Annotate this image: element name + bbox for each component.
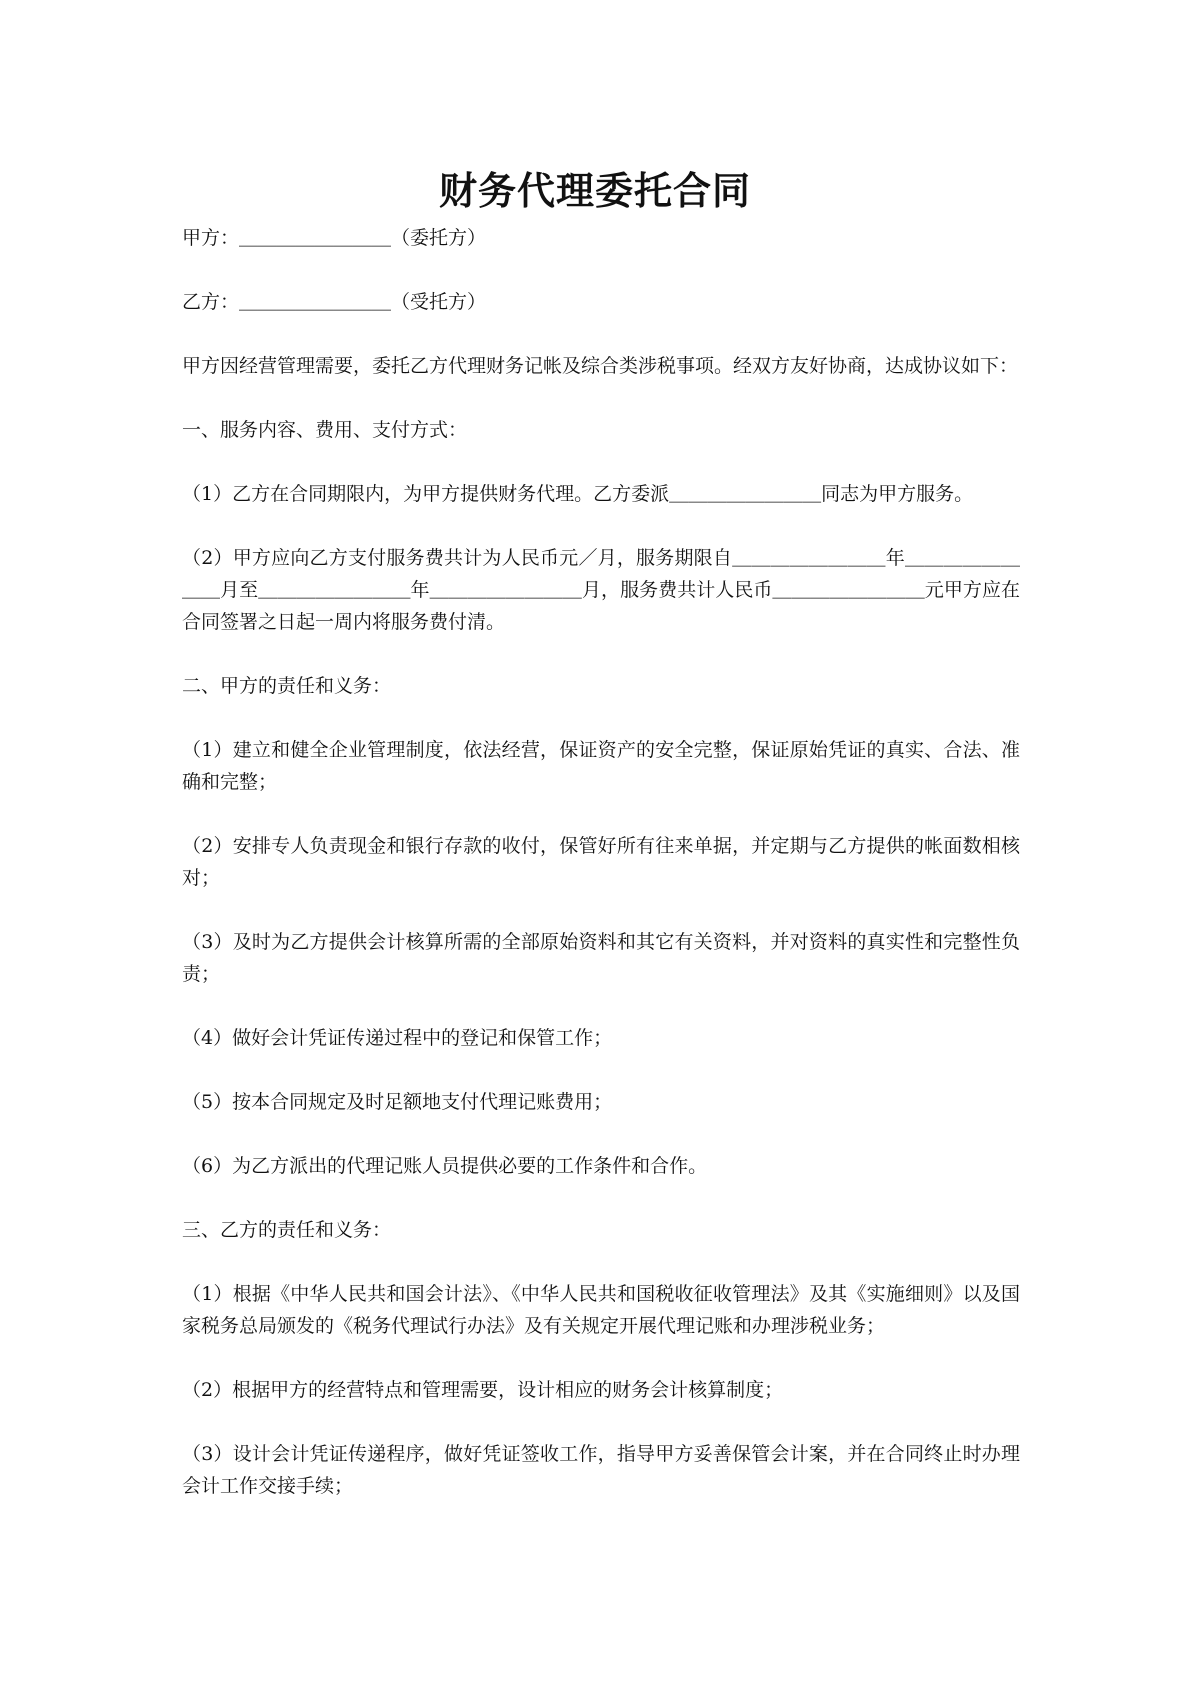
section-2-item-1: （1）建立和健全企业管理制度，依法经营，保证资产的安全完整，保证原始凭证的真实、… — [182, 734, 1020, 798]
section-2-item-5: （5）按本合同规定及时足额地支付代理记账费用； — [182, 1086, 1020, 1118]
section-3-heading: 三、乙方的责任和义务： — [182, 1214, 1020, 1246]
document-title: 财务代理委托合同 — [0, 160, 1190, 215]
section-1-item-2: （2）甲方应向乙方支付服务费共计为人民币元／月，服务期限自＿＿＿＿＿＿＿＿年＿＿… — [182, 542, 1020, 638]
party-a-line: 甲方：＿＿＿＿＿＿＿＿（委托方） — [182, 222, 1020, 254]
section-2-item-3: （3）及时为乙方提供会计核算所需的全部原始资料和其它有关资料，并对资料的真实性和… — [182, 926, 1020, 990]
section-3-item-3: （3）设计会计凭证传递程序，做好凭证签收工作，指导甲方妥善保管会计案，并在合同终… — [182, 1438, 1020, 1502]
section-3-item-2: （2）根据甲方的经营特点和管理需要，设计相应的财务会计核算制度； — [182, 1374, 1020, 1406]
section-2-heading: 二、甲方的责任和义务： — [182, 670, 1020, 702]
document-page: 财务代理委托合同 甲方：＿＿＿＿＿＿＿＿（委托方） 乙方：＿＿＿＿＿＿＿＿（受托… — [0, 0, 1190, 1683]
section-1-heading: 一、服务内容、费用、支付方式： — [182, 414, 1020, 446]
party-b-line: 乙方：＿＿＿＿＿＿＿＿（受托方） — [182, 286, 1020, 318]
intro-paragraph: 甲方因经营管理需要，委托乙方代理财务记帐及综合类涉税事项。经双方友好协商，达成协… — [182, 350, 1020, 382]
section-2-item-6: （6）为乙方派出的代理记账人员提供必要的工作条件和合作。 — [182, 1150, 1020, 1182]
document-body: 甲方：＿＿＿＿＿＿＿＿（委托方） 乙方：＿＿＿＿＿＿＿＿（受托方） 甲方因经营管… — [182, 222, 1020, 1534]
section-3-item-1: （1）根据《中华人民共和国会计法》、《中华人民共和国税收征收管理法》及其《实施细… — [182, 1278, 1020, 1342]
section-2-item-4: （4）做好会计凭证传递过程中的登记和保管工作； — [182, 1022, 1020, 1054]
section-1-item-1: （1）乙方在合同期限内，为甲方提供财务代理。乙方委派＿＿＿＿＿＿＿＿同志为甲方服… — [182, 478, 1020, 510]
section-2-item-2: （2）安排专人负责现金和银行存款的收付，保管好所有往来单据，并定期与乙方提供的帐… — [182, 830, 1020, 894]
